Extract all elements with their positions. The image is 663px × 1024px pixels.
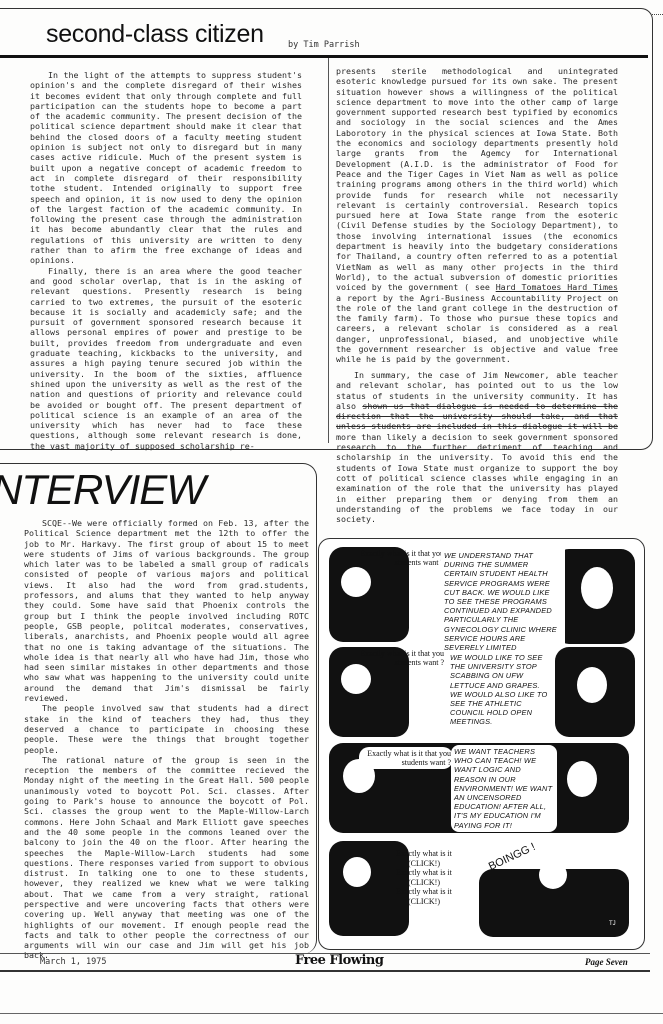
article-paragraph: In the light of the attempts to suppress… bbox=[30, 70, 302, 266]
article-paragraph: Finally, there is an area where the good… bbox=[30, 266, 302, 451]
masthead-logo: Free Flowing bbox=[295, 953, 383, 968]
interview-paragraph: The people involved saw that students ha… bbox=[24, 703, 309, 754]
column-divider bbox=[328, 58, 329, 443]
question-bubble: Exactly what is it that you students wan… bbox=[359, 549, 444, 567]
looping-speech: Exactly what is it (CLICK!) Exactly what… bbox=[379, 849, 469, 906]
interview-title: NTERVIEW bbox=[0, 466, 205, 514]
artist-signature: TJ bbox=[609, 921, 616, 927]
comic-strip: Exactly what is it that you students wan… bbox=[318, 538, 645, 950]
official-face bbox=[343, 857, 371, 887]
answer-bubble: WE WANT TEACHERS WHO CAN TEACH! WE WANT … bbox=[451, 745, 557, 832]
student-face bbox=[567, 761, 597, 797]
interview-paragraph: The rational nature of the group is seen… bbox=[24, 755, 309, 961]
speech-line: Exactly what is it bbox=[379, 849, 469, 859]
answer-bubble: WE WOULD LIKE TO SEE THE UNIVERSITY STOP… bbox=[447, 651, 553, 729]
report-title: Hard Tomatoes Hard Times bbox=[496, 282, 618, 292]
answer-bubble: WE UNDERSTAND THAT DURING THE SUMMER CER… bbox=[441, 549, 565, 654]
official-face bbox=[341, 664, 371, 694]
struck-text: shown us that dialogue is needed to dete… bbox=[336, 401, 618, 432]
student-face bbox=[581, 567, 613, 609]
article-byline: by Tim Parrish bbox=[288, 40, 360, 50]
speech-line: (CLICK!) bbox=[379, 878, 469, 888]
student-face bbox=[577, 667, 607, 703]
article-title: second-class citizen bbox=[46, 20, 264, 49]
speech-line: Exactly what is it bbox=[379, 868, 469, 878]
dotted-edge bbox=[652, 14, 663, 15]
spring-head bbox=[539, 861, 567, 889]
summary-paragraph: In summary, the case of Jim Newcomer, ab… bbox=[336, 370, 618, 524]
text-run: more than likely a decision to seek gove… bbox=[336, 432, 618, 524]
page-bottom-edge bbox=[0, 1013, 663, 1014]
headline-rule bbox=[0, 55, 648, 58]
article-column-2: presents sterile methodological and unin… bbox=[336, 66, 618, 365]
newspaper-page: second-class citizen by Tim Parrish In t… bbox=[0, 0, 663, 1024]
official-face bbox=[341, 567, 371, 597]
article-paragraph: presents sterile methodological and unin… bbox=[336, 66, 618, 365]
interview-column: SCQE--We were officially formed on Feb. … bbox=[24, 518, 309, 961]
speech-line: (CLICK!) bbox=[379, 859, 469, 869]
issue-date: March 1, 1975 bbox=[40, 957, 107, 967]
speech-line: Exactly what is it bbox=[379, 887, 469, 897]
text-run: presents sterile methodological and unin… bbox=[336, 66, 618, 292]
footer-rule bbox=[0, 970, 650, 972]
interview-paragraph: SCQE--We were officially formed on Feb. … bbox=[24, 518, 309, 703]
text-run: a report by the Agri-Business Accountabi… bbox=[336, 293, 618, 365]
article-summary: In summary, the case of Jim Newcomer, ab… bbox=[336, 370, 618, 524]
question-bubble: Exactly what is it that you students wan… bbox=[359, 747, 453, 769]
question-bubble: Exactly what is it that you students wan… bbox=[359, 649, 444, 667]
speech-line: (CLICK!) bbox=[379, 897, 469, 907]
article-column-1: In the light of the attempts to suppress… bbox=[30, 70, 302, 451]
page-number: Page Seven bbox=[585, 957, 628, 967]
